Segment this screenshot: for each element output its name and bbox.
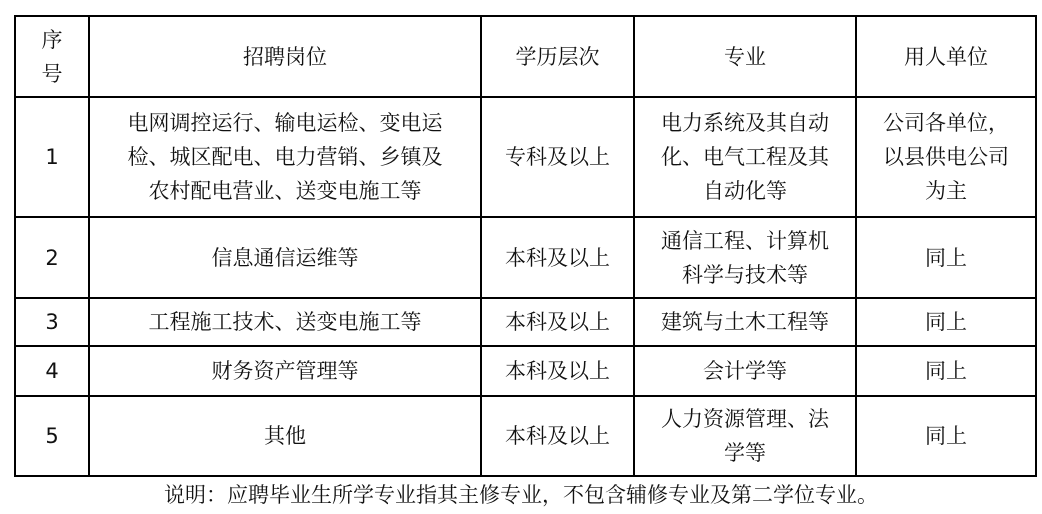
cell-employer: 同上 xyxy=(856,298,1036,346)
cell-index: 5 xyxy=(15,396,89,476)
footnote: 说明：应聘毕业生所学专业指其主修专业，不包含辅修专业及第二学位专业。 xyxy=(0,478,1042,512)
table-header-row: 序 号 招聘岗位 学历层次 专业 用人单位 xyxy=(15,16,1036,97)
recruitment-table: 序 号 招聘岗位 学历层次 专业 用人单位 1 电网调控运行、输电运检、变电运 … xyxy=(14,15,1037,477)
cell-position: 财务资产管理等 xyxy=(89,346,481,396)
cell-position: 电网调控运行、输电运检、变电运 检、城区配电、电力营销、乡镇及 农村配电营业、送… xyxy=(89,97,481,217)
cell-employer: 公司各单位， 以县供电公司 为主 xyxy=(856,97,1036,217)
cell-major: 会计学等 xyxy=(634,346,856,396)
table-row: 3 工程施工技术、送变电施工等 本科及以上 建筑与土木工程等 同上 xyxy=(15,298,1036,346)
cell-position: 工程施工技术、送变电施工等 xyxy=(89,298,481,346)
cell-index: 3 xyxy=(15,298,89,346)
header-education: 学历层次 xyxy=(481,16,634,97)
table-row: 2 信息通信运维等 本科及以上 通信工程、计算机 科学与技术等 同上 xyxy=(15,217,1036,298)
cell-employer: 同上 xyxy=(856,217,1036,298)
cell-position: 其他 xyxy=(89,396,481,476)
cell-major: 人力资源管理、法 学等 xyxy=(634,396,856,476)
cell-education: 本科及以上 xyxy=(481,298,634,346)
cell-index: 4 xyxy=(15,346,89,396)
cell-employer: 同上 xyxy=(856,396,1036,476)
cell-education: 本科及以上 xyxy=(481,396,634,476)
header-employer: 用人单位 xyxy=(856,16,1036,97)
table-row: 5 其他 本科及以上 人力资源管理、法 学等 同上 xyxy=(15,396,1036,476)
cell-major: 电力系统及其自动 化、电气工程及其 自动化等 xyxy=(634,97,856,217)
cell-education: 本科及以上 xyxy=(481,346,634,396)
cell-major: 建筑与土木工程等 xyxy=(634,298,856,346)
header-position: 招聘岗位 xyxy=(89,16,481,97)
cell-index: 1 xyxy=(15,97,89,217)
cell-employer: 同上 xyxy=(856,346,1036,396)
header-index: 序 号 xyxy=(15,16,89,97)
cell-major: 通信工程、计算机 科学与技术等 xyxy=(634,217,856,298)
table-row: 1 电网调控运行、输电运检、变电运 检、城区配电、电力营销、乡镇及 农村配电营业… xyxy=(15,97,1036,217)
table-row: 4 财务资产管理等 本科及以上 会计学等 同上 xyxy=(15,346,1036,396)
header-major: 专业 xyxy=(634,16,856,97)
cell-position: 信息通信运维等 xyxy=(89,217,481,298)
cell-education: 本科及以上 xyxy=(481,217,634,298)
cell-index: 2 xyxy=(15,217,89,298)
cell-education: 专科及以上 xyxy=(481,97,634,217)
